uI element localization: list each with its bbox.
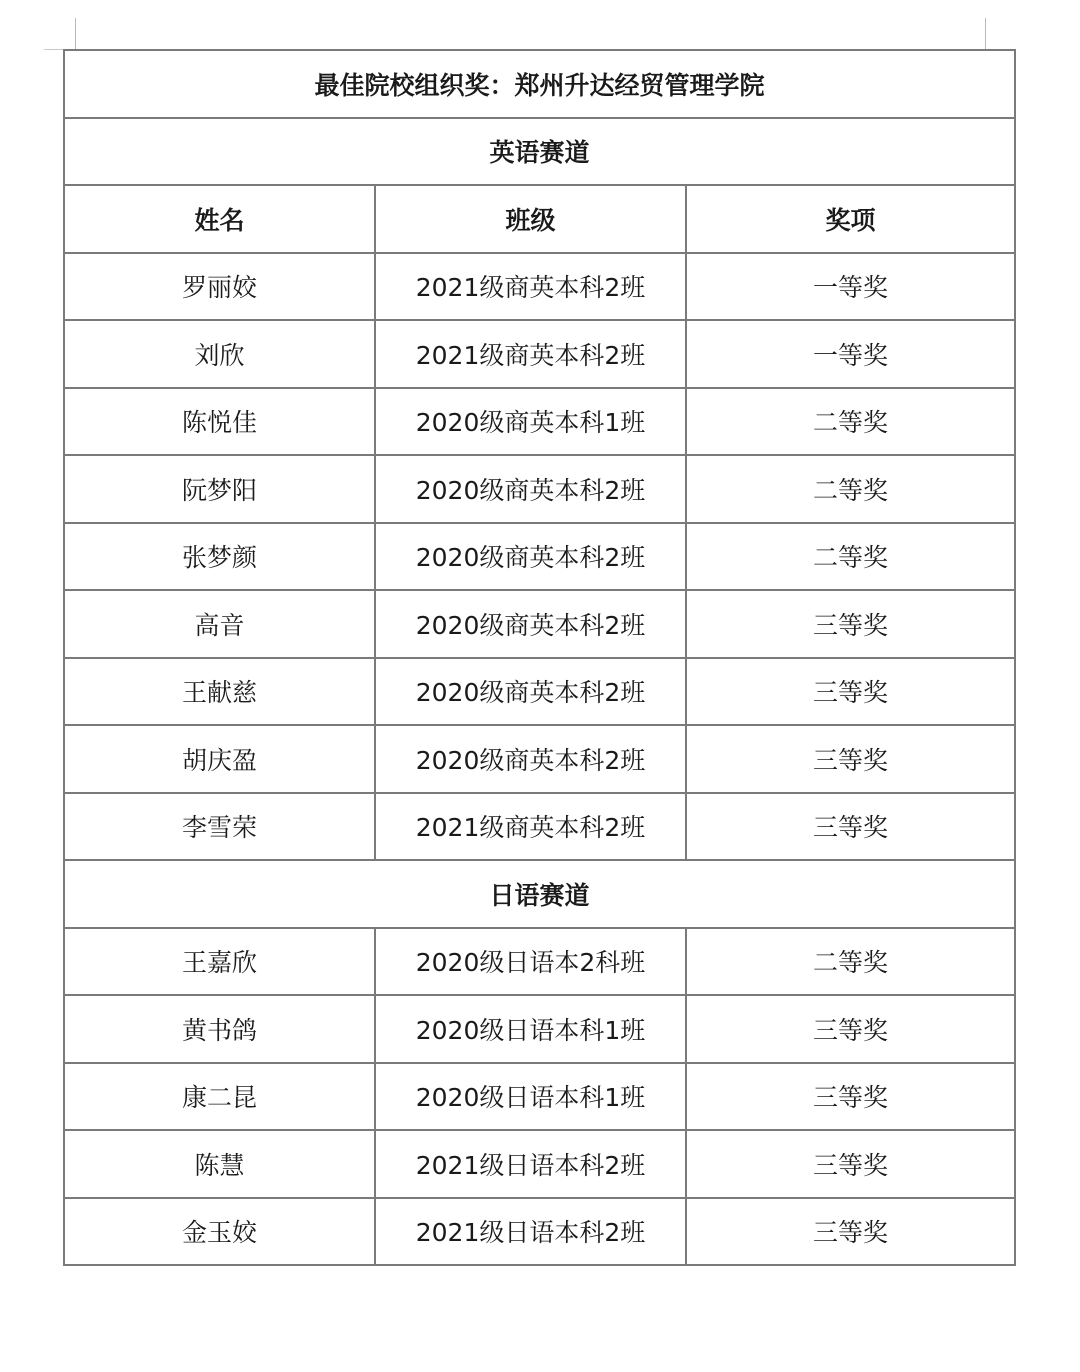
table-row: 金玉姣 2021级日语本科2班 三等奖 [64,1198,1015,1266]
table-title: 最佳院校组织奖：郑州升达经贸管理学院 [64,50,1015,118]
cell-award: 三等奖 [686,658,1015,726]
table-row: 阮梦阳 2020级商英本科2班 二等奖 [64,455,1015,523]
cell-class: 2020级日语本科1班 [375,995,686,1063]
cell-award: 三等奖 [686,725,1015,793]
cell-award: 二等奖 [686,388,1015,456]
cell-award: 三等奖 [686,1130,1015,1198]
cell-class: 2021级商英本科2班 [375,793,686,861]
cell-name: 李雪荣 [64,793,375,861]
cell-name: 王献慈 [64,658,375,726]
award-table: 最佳院校组织奖：郑州升达经贸管理学院 英语赛道 姓名 班级 奖项 罗丽姣 202… [63,49,1016,1266]
cell-award: 二等奖 [686,523,1015,591]
cell-name: 陈慧 [64,1130,375,1198]
cell-name: 陈悦佳 [64,388,375,456]
cell-award: 一等奖 [686,253,1015,321]
page-margin-mark-right [985,18,986,50]
cell-class: 2020级商英本科2班 [375,455,686,523]
cell-name: 黄书鸽 [64,995,375,1063]
table-row: 胡庆盈 2020级商英本科2班 三等奖 [64,725,1015,793]
cell-award: 一等奖 [686,320,1015,388]
cell-award: 三等奖 [686,1063,1015,1131]
cell-class: 2020级商英本科2班 [375,590,686,658]
cell-class: 2020级商英本科2班 [375,523,686,591]
cell-award: 二等奖 [686,455,1015,523]
cell-name: 康二昆 [64,1063,375,1131]
table-row: 陈悦佳 2020级商英本科1班 二等奖 [64,388,1015,456]
header-row: 姓名 班级 奖项 [64,185,1015,253]
page-margin-mark-horizontal [44,49,64,50]
cell-class: 2021级日语本科2班 [375,1130,686,1198]
cell-award: 三等奖 [686,590,1015,658]
table-row: 罗丽姣 2021级商英本科2班 一等奖 [64,253,1015,321]
page-margin-mark-left [75,18,76,50]
cell-class: 2020级商英本科2班 [375,725,686,793]
cell-name: 王嘉欣 [64,928,375,996]
cell-class: 2020级日语本科1班 [375,1063,686,1131]
cell-name: 胡庆盈 [64,725,375,793]
cell-award: 二等奖 [686,928,1015,996]
table-row: 高音 2020级商英本科2班 三等奖 [64,590,1015,658]
cell-award: 三等奖 [686,995,1015,1063]
cell-name: 金玉姣 [64,1198,375,1266]
cell-name: 高音 [64,590,375,658]
cell-name: 刘欣 [64,320,375,388]
column-header-name: 姓名 [64,185,375,253]
cell-name: 罗丽姣 [64,253,375,321]
column-header-award: 奖项 [686,185,1015,253]
table-row: 陈慧 2021级日语本科2班 三等奖 [64,1130,1015,1198]
cell-class: 2021级日语本科2班 [375,1198,686,1266]
section-title-english: 英语赛道 [64,118,1015,186]
cell-class: 2020级商英本科1班 [375,388,686,456]
table-row: 王嘉欣 2020级日语本2科班 二等奖 [64,928,1015,996]
table-row: 刘欣 2021级商英本科2班 一等奖 [64,320,1015,388]
cell-class: 2021级商英本科2班 [375,253,686,321]
title-row: 最佳院校组织奖：郑州升达经贸管理学院 [64,50,1015,118]
cell-award: 三等奖 [686,1198,1015,1266]
section-row-english: 英语赛道 [64,118,1015,186]
section-row-japanese: 日语赛道 [64,860,1015,928]
table-row: 李雪荣 2021级商英本科2班 三等奖 [64,793,1015,861]
table-row: 康二昆 2020级日语本科1班 三等奖 [64,1063,1015,1131]
table-row: 王献慈 2020级商英本科2班 三等奖 [64,658,1015,726]
cell-class: 2020级商英本科2班 [375,658,686,726]
table-row: 张梦颜 2020级商英本科2班 二等奖 [64,523,1015,591]
cell-name: 阮梦阳 [64,455,375,523]
cell-class: 2020级日语本2科班 [375,928,686,996]
section-title-japanese: 日语赛道 [64,860,1015,928]
cell-name: 张梦颜 [64,523,375,591]
column-header-class: 班级 [375,185,686,253]
cell-award: 三等奖 [686,793,1015,861]
table-row: 黄书鸽 2020级日语本科1班 三等奖 [64,995,1015,1063]
cell-class: 2021级商英本科2班 [375,320,686,388]
